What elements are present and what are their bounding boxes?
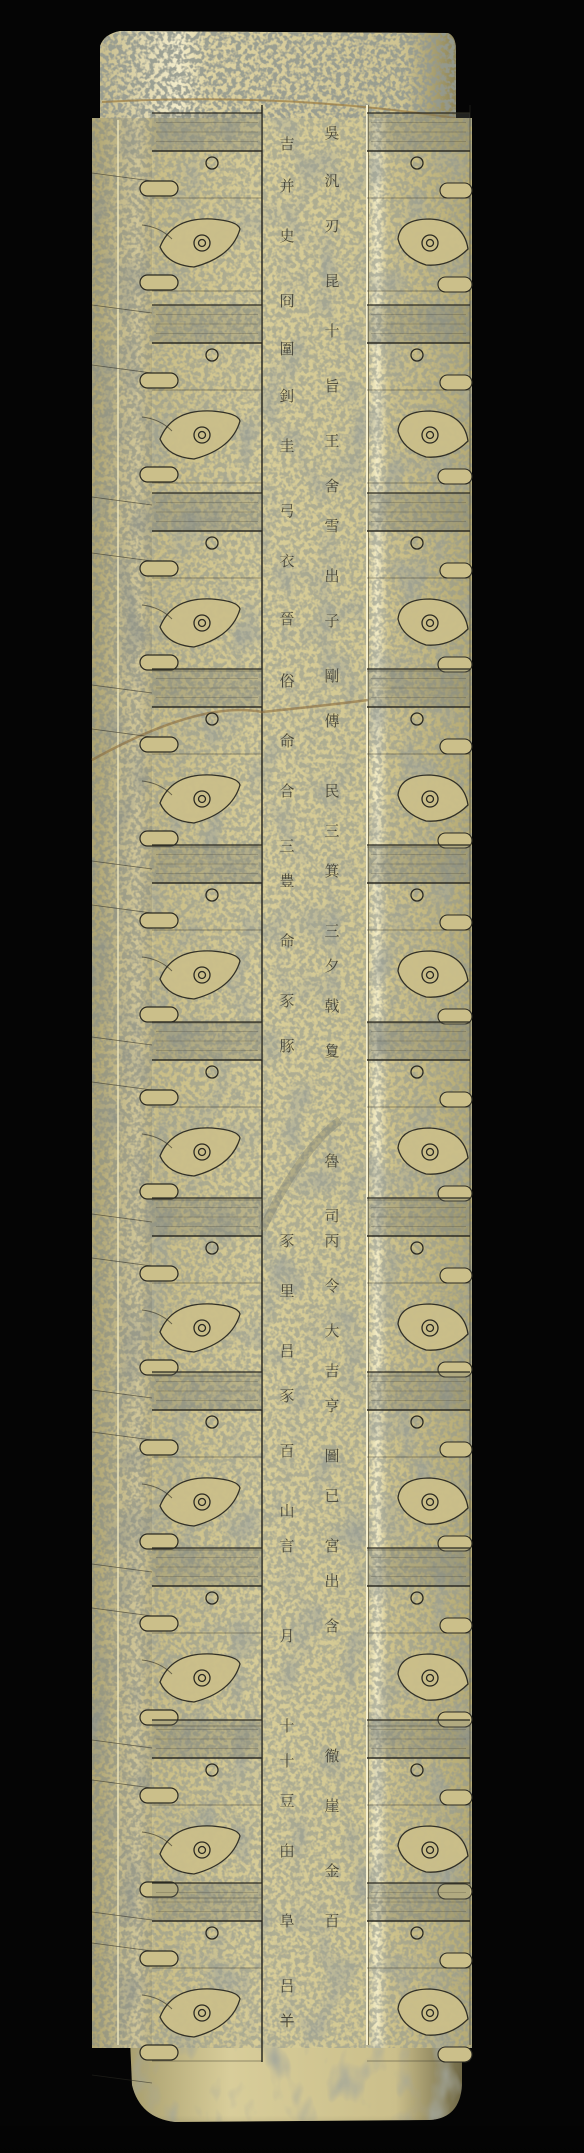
inscription-glyph: 并 [279, 177, 294, 195]
bar-motif [140, 1007, 178, 1022]
inscription-glyph: 夐 [324, 1042, 339, 1060]
inscription-glyph: 十 [279, 1752, 294, 1770]
inscription-glyph: 出 [324, 567, 339, 585]
bar-motif [140, 1616, 178, 1631]
bar-motif [140, 1184, 178, 1199]
inscription-glyph: 昆 [324, 272, 339, 290]
inscription-glyph: 刃 [324, 217, 339, 235]
inscription-glyph: 合 [279, 782, 294, 800]
bar-motif [140, 275, 178, 290]
inscription-glyph: 晉 [279, 610, 294, 628]
inscription-glyph: 魯 [324, 1152, 339, 1170]
inscription-glyph: 含 [324, 1617, 339, 1635]
inscription-glyph: 言 [279, 1537, 294, 1555]
inscription-glyph: 吳 [324, 124, 339, 142]
inscription-glyph: 徹 [324, 1747, 339, 1765]
inscription-glyph: 圭 [279, 437, 294, 455]
bar-motif [440, 375, 472, 390]
bar-motif [438, 469, 472, 484]
inscription-glyph: 舍 [324, 477, 339, 495]
inscription-glyph: 豆 [279, 1792, 294, 1810]
inscription-glyph: 子 [324, 612, 339, 630]
inscription-glyph: 戟 [324, 997, 339, 1015]
inscription-glyph: 已 [324, 1487, 339, 1505]
inscription-glyph: 衣 [279, 552, 294, 570]
inscription-glyph: 亨 [324, 1397, 339, 1415]
inscription-glyph: 金 [324, 1862, 339, 1880]
bar-motif [140, 655, 178, 670]
inscription-glyph: 三 [279, 837, 294, 855]
inscription-glyph: 王 [324, 432, 339, 450]
inscription-glyph: 山 [279, 1502, 294, 1520]
inscription-glyph: 吉 [324, 1362, 339, 1380]
bar-motif [440, 1092, 472, 1107]
bar-motif [140, 1788, 178, 1803]
bar-motif [140, 373, 178, 388]
bar-motif [440, 1268, 472, 1283]
bar-motif [140, 737, 178, 752]
inscription-glyph: 豕 [279, 992, 294, 1010]
inscription-glyph: 三 [324, 822, 339, 840]
inscription-glyph: 吉 [279, 135, 294, 153]
bar-motif [140, 1266, 178, 1281]
inscription-glyph: 旨 [324, 377, 339, 395]
inscription-glyph: 甶 [279, 1842, 294, 1860]
bar-motif [438, 277, 472, 292]
inscription-glyph: 史 [279, 227, 294, 245]
inscription-glyph: 宮 [324, 1537, 339, 1555]
inscription-glyph: 豕 [279, 1387, 294, 1405]
bar-motif [140, 1440, 178, 1455]
inscription-glyph: 出 [324, 1572, 339, 1590]
bar-motif [440, 739, 472, 754]
bar-motif [140, 831, 178, 846]
inscription-glyph: 大 [324, 1322, 339, 1340]
inscription-glyph: 命 [279, 932, 294, 950]
inscription-glyph: 雪 [324, 517, 339, 535]
bar-motif [440, 183, 472, 198]
inscription-glyph: 三 [324, 922, 339, 940]
bar-motif [440, 563, 472, 578]
bar-motif [140, 1090, 178, 1105]
inscription-glyph: 夕 [324, 957, 339, 975]
bar-motif [140, 913, 178, 928]
inscription-glyph: 傳 [324, 712, 339, 730]
inscription-glyph: 丙 [324, 1232, 339, 1250]
inscription-glyph: 剛 [324, 667, 339, 685]
inscription-glyph: 豚 [279, 1037, 294, 1055]
bar-motif [440, 1790, 472, 1805]
inscription-glyph: 里 [279, 1282, 294, 1300]
bar-motif [440, 1442, 472, 1457]
inscription-glyph: 釗 [279, 387, 294, 405]
inscription-glyph: 十 [279, 1717, 294, 1735]
inscription-glyph: 冏 [279, 292, 294, 310]
inscription-glyph: 民 [324, 782, 339, 800]
inscription-glyph: 令 [324, 1277, 339, 1295]
inscription-glyph: 弓 [279, 502, 294, 520]
inscription-glyph: 司 [324, 1207, 339, 1225]
floor-shadow [0, 1900, 584, 2153]
inscription-glyph: 吕 [279, 1342, 294, 1360]
bar-motif [140, 1534, 178, 1549]
inscription-glyph: 命 [279, 732, 294, 750]
bar-motif [440, 1618, 472, 1633]
photo-scene: 吉并史冏圍釗圭弓衣晉俗命合三豊命豕豚豕里吕豕百山言月十十豆甶阜吕𢆉吳汎刃昆十旨王… [0, 0, 584, 2153]
bar-motif [140, 467, 178, 482]
inscription-glyph: 箕 [324, 862, 339, 880]
top-collar [100, 31, 456, 125]
inscription-glyph: 俗 [279, 672, 294, 690]
inscription-glyph: 豊 [279, 872, 294, 890]
inscription-glyph: 十 [324, 322, 339, 340]
bar-motif [140, 561, 178, 576]
inscription-glyph: 月 [279, 1627, 294, 1645]
inscription-glyph: 百 [279, 1442, 294, 1460]
bar-motif [440, 915, 472, 930]
inscription-glyph: 汎 [324, 172, 339, 190]
inscription-glyph: 崖 [324, 1797, 339, 1815]
bar-motif [140, 181, 178, 196]
inscription-glyph: 圖 [324, 1447, 339, 1465]
inscription-glyph: 圍 [279, 340, 294, 358]
inscription-glyph: 豕 [279, 1232, 294, 1250]
